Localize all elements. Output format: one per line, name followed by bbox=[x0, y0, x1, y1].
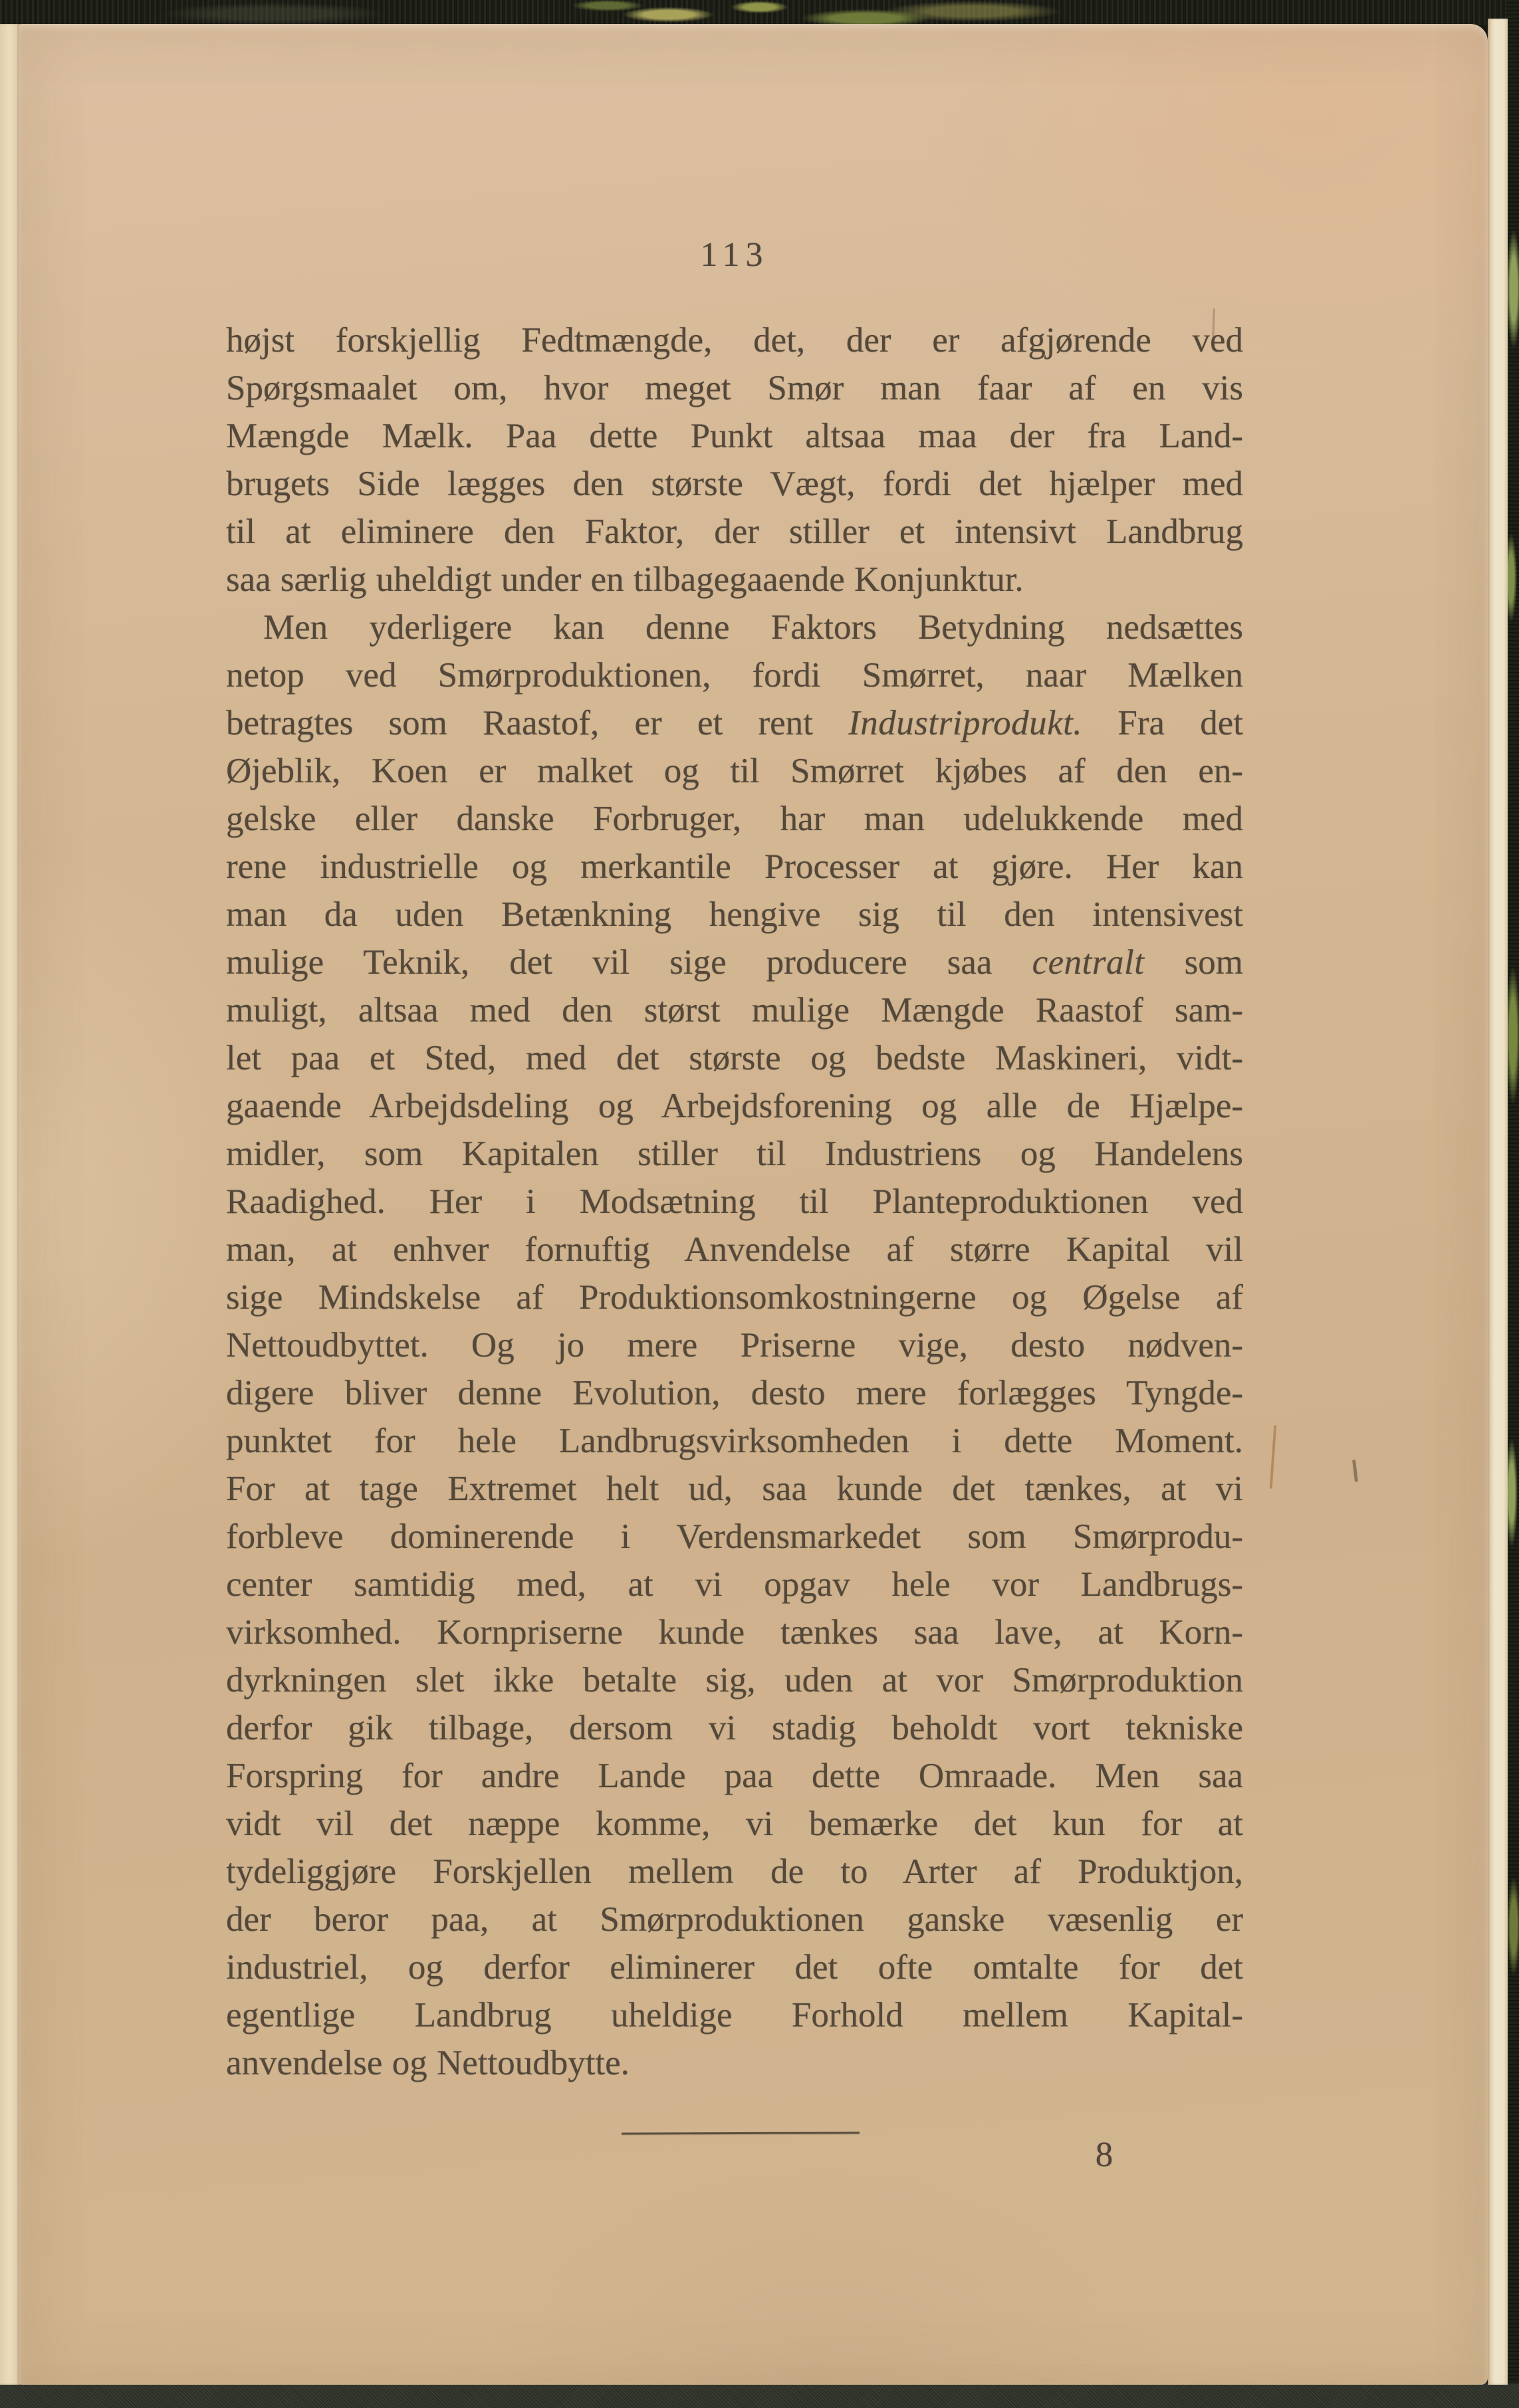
text-line: punktet for hele Landbrugsvirksomheden i… bbox=[226, 1417, 1243, 1465]
text-line: let paa et Sted, med det største og beds… bbox=[226, 1034, 1243, 1082]
text-line: midler, som Kapitalen stiller til Indust… bbox=[226, 1130, 1243, 1178]
text-line: tydeliggjøre Forskjellen mellem de to Ar… bbox=[226, 1848, 1243, 1896]
text-line: center samtidig med, at vi opgav hele vo… bbox=[226, 1561, 1243, 1608]
book-scan: 113 højst forskjellig Fedtmængde, det, d… bbox=[0, 0, 1519, 2408]
text-line: Raadighed. Her i Modsætning til Plantepr… bbox=[226, 1178, 1243, 1226]
text-line: man da uden Betænkning hengive sig til d… bbox=[226, 891, 1243, 938]
text-line: Øjeblik, Koen er malket og til Smørret k… bbox=[226, 747, 1243, 795]
text-line: mulige Teknik, det vil sige producere sa… bbox=[226, 938, 1243, 986]
text-line: anvendelse og Nettoudbytte. bbox=[226, 2039, 1243, 2087]
text-line: der beror paa, at Smørproduktionen gansk… bbox=[226, 1896, 1243, 1943]
text-line: gelske eller danske Forbruger, har man u… bbox=[226, 795, 1243, 843]
text-line: netop ved Smørproduktionen, fordi Smørre… bbox=[226, 651, 1243, 699]
book-page: 113 højst forskjellig Fedtmængde, det, d… bbox=[19, 24, 1488, 2385]
cloth-cover-bottom-band bbox=[0, 2383, 1519, 2408]
text-line: muligt, altsaa med den størst mulige Mæn… bbox=[226, 986, 1243, 1034]
text-line: betragtes som Raastof, er et rent Indust… bbox=[226, 699, 1243, 747]
text-line: egentlige Landbrug uheldige Forhold mell… bbox=[226, 1991, 1243, 2039]
text-line: sige Mindskelse af Produktionsomkostning… bbox=[226, 1273, 1243, 1321]
text-line: forbleve dominerende i Verdensmarkedet s… bbox=[226, 1513, 1243, 1561]
signature-mark: 8 bbox=[1074, 2137, 1134, 2173]
text-line: Men yderligere kan denne Faktors Betydni… bbox=[226, 603, 1243, 651]
marbled-cover-right-band bbox=[1506, 0, 1519, 2408]
text-line: rene industrielle og merkantile Processe… bbox=[226, 843, 1243, 891]
text-line: dyrkningen slet ikke betalte sig, uden a… bbox=[226, 1656, 1243, 1704]
text-line: industriel, og derfor eliminerer det oft… bbox=[226, 1943, 1243, 1991]
text-line: gaaende Arbejdsdeling og Arbejdsforening… bbox=[226, 1082, 1243, 1130]
text-line: digere bliver denne Evolution, desto mer… bbox=[226, 1369, 1243, 1417]
section-divider bbox=[622, 2132, 860, 2134]
ink-mark bbox=[1352, 1460, 1358, 1482]
text-line: man, at enhver fornuftig Anvendelse af s… bbox=[226, 1226, 1243, 1273]
text-line: For at tage Extremet helt ud, saa kunde … bbox=[226, 1465, 1243, 1513]
scratch-mark bbox=[1270, 1425, 1277, 1489]
text-line: Mængde Mælk. Paa dette Punkt altsaa maa … bbox=[226, 412, 1243, 460]
text-block: højst forskjellig Fedtmængde, det, der e… bbox=[226, 316, 1243, 2087]
text-line: brugets Side lægges den største Vægt, fo… bbox=[226, 460, 1243, 508]
marbled-cover-top-band bbox=[0, 0, 1519, 25]
text-line: Forspring for andre Lande paa dette Omra… bbox=[226, 1752, 1243, 1800]
text-line: til at eliminere den Faktor, der stiller… bbox=[226, 508, 1243, 556]
text-line: Spørgsmaalet om, hvor meget Smør man faa… bbox=[226, 364, 1243, 412]
text-line: derfor gik tilbage, dersom vi stadig beh… bbox=[226, 1704, 1243, 1752]
page-number: 113 bbox=[226, 238, 1243, 273]
text-line: virksomhed. Kornpriserne kunde tænkes sa… bbox=[226, 1608, 1243, 1656]
left-page-edges bbox=[0, 24, 20, 2385]
right-page-edges bbox=[1488, 19, 1508, 2385]
text-line: Nettoudbyttet. Og jo mere Priserne vige,… bbox=[226, 1321, 1243, 1369]
text-line: vidt vil det næppe komme, vi bemærke det… bbox=[226, 1800, 1243, 1848]
text-line: saa særlig uheldigt under en tilbagegaae… bbox=[226, 556, 1243, 603]
text-line: højst forskjellig Fedtmængde, det, der e… bbox=[226, 316, 1243, 364]
